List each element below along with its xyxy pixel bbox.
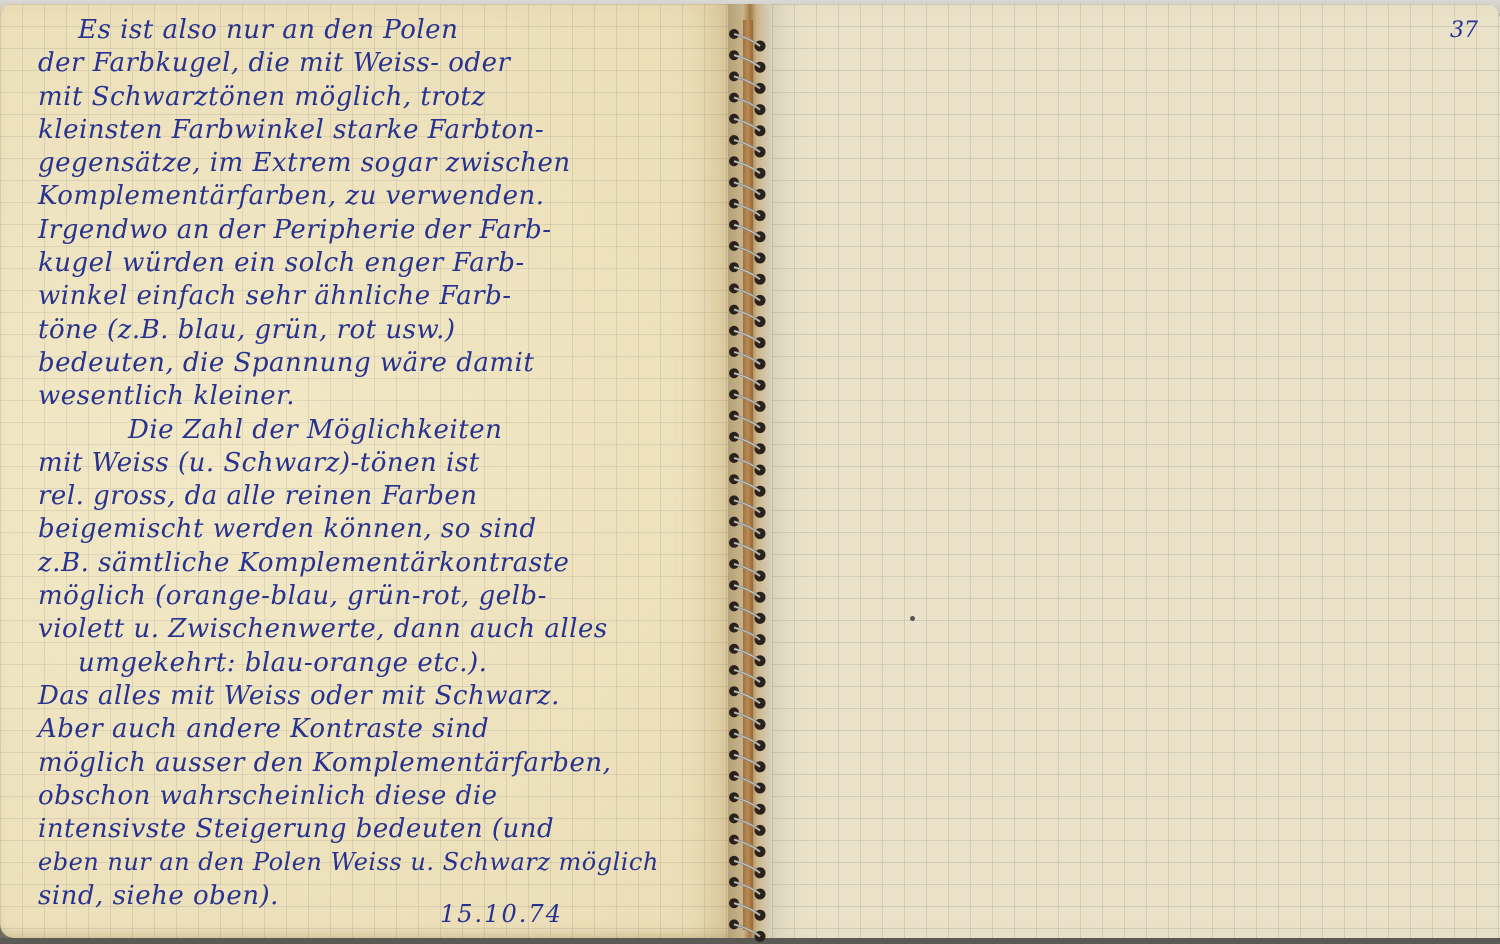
text-line: kugel würden ein solch enger Farb-	[38, 247, 718, 280]
text-line: Das alles mit Weiss oder mit Schwarz.	[38, 680, 718, 713]
text-line: möglich ausser den Komplementärfarben,	[38, 747, 718, 780]
spiral-binding-icon	[712, 8, 776, 944]
text-line: eben nur an den Polen Weiss u. Schwarz m…	[38, 846, 718, 879]
text-line: winkel einfach sehr ähnliche Farb-	[38, 280, 718, 313]
text-line: intensivste Steigerung bedeuten (und	[38, 813, 718, 846]
text-line: rel. gross, da alle reinen Farben	[38, 480, 718, 513]
text-line: violett u. Zwischenwerte, dann auch alle…	[38, 613, 718, 646]
text-line: mit Weiss (u. Schwarz)-tönen ist	[38, 447, 718, 480]
text-line: Irgendwo an der Peripherie der Farb-	[38, 214, 718, 247]
text-line: bedeuten, die Spannung wäre damit	[38, 347, 718, 380]
text-line: Die Zahl der Möglichkeiten	[38, 414, 718, 447]
left-notebook-page: Es ist also nur an den Polen der Farbkug…	[0, 4, 728, 938]
text-line: gegensätze, im Extrem sogar zwischen	[38, 147, 718, 180]
text-line: Komplementärfarben, zu verwenden.	[38, 180, 718, 213]
text-line: töne (z.B. blau, grün, rot usw.)	[38, 314, 718, 347]
ink-dot	[910, 616, 915, 621]
text-line: wesentlich kleiner.	[38, 380, 718, 413]
text-line: umgekehrt: blau-orange etc.).	[38, 647, 718, 680]
text-line: obschon wahrscheinlich diese die	[38, 780, 718, 813]
text-line: mit Schwarztönen möglich, trotz	[38, 81, 718, 114]
text-line: der Farbkugel, die mit Weiss- oder	[38, 47, 718, 80]
page-number: 37	[1450, 18, 1478, 43]
text-line: beigemischt werden können, so sind	[38, 513, 718, 546]
text-line: Aber auch andere Kontraste sind	[38, 713, 718, 746]
text-line: sind, siehe oben).	[38, 880, 718, 913]
text-line: kleinsten Farbwinkel starke Farbton-	[38, 114, 718, 147]
handwritten-text: Es ist also nur an den Polen der Farbkug…	[38, 14, 718, 913]
right-notebook-page: 37	[772, 4, 1500, 938]
text-line: z.B. sämtliche Komplementärkontraste	[38, 547, 718, 580]
entry-date: 15.10.74	[440, 900, 563, 928]
text-line: möglich (orange-blau, grün-rot, gelb-	[38, 580, 718, 613]
text-line: Es ist also nur an den Polen	[38, 14, 718, 47]
